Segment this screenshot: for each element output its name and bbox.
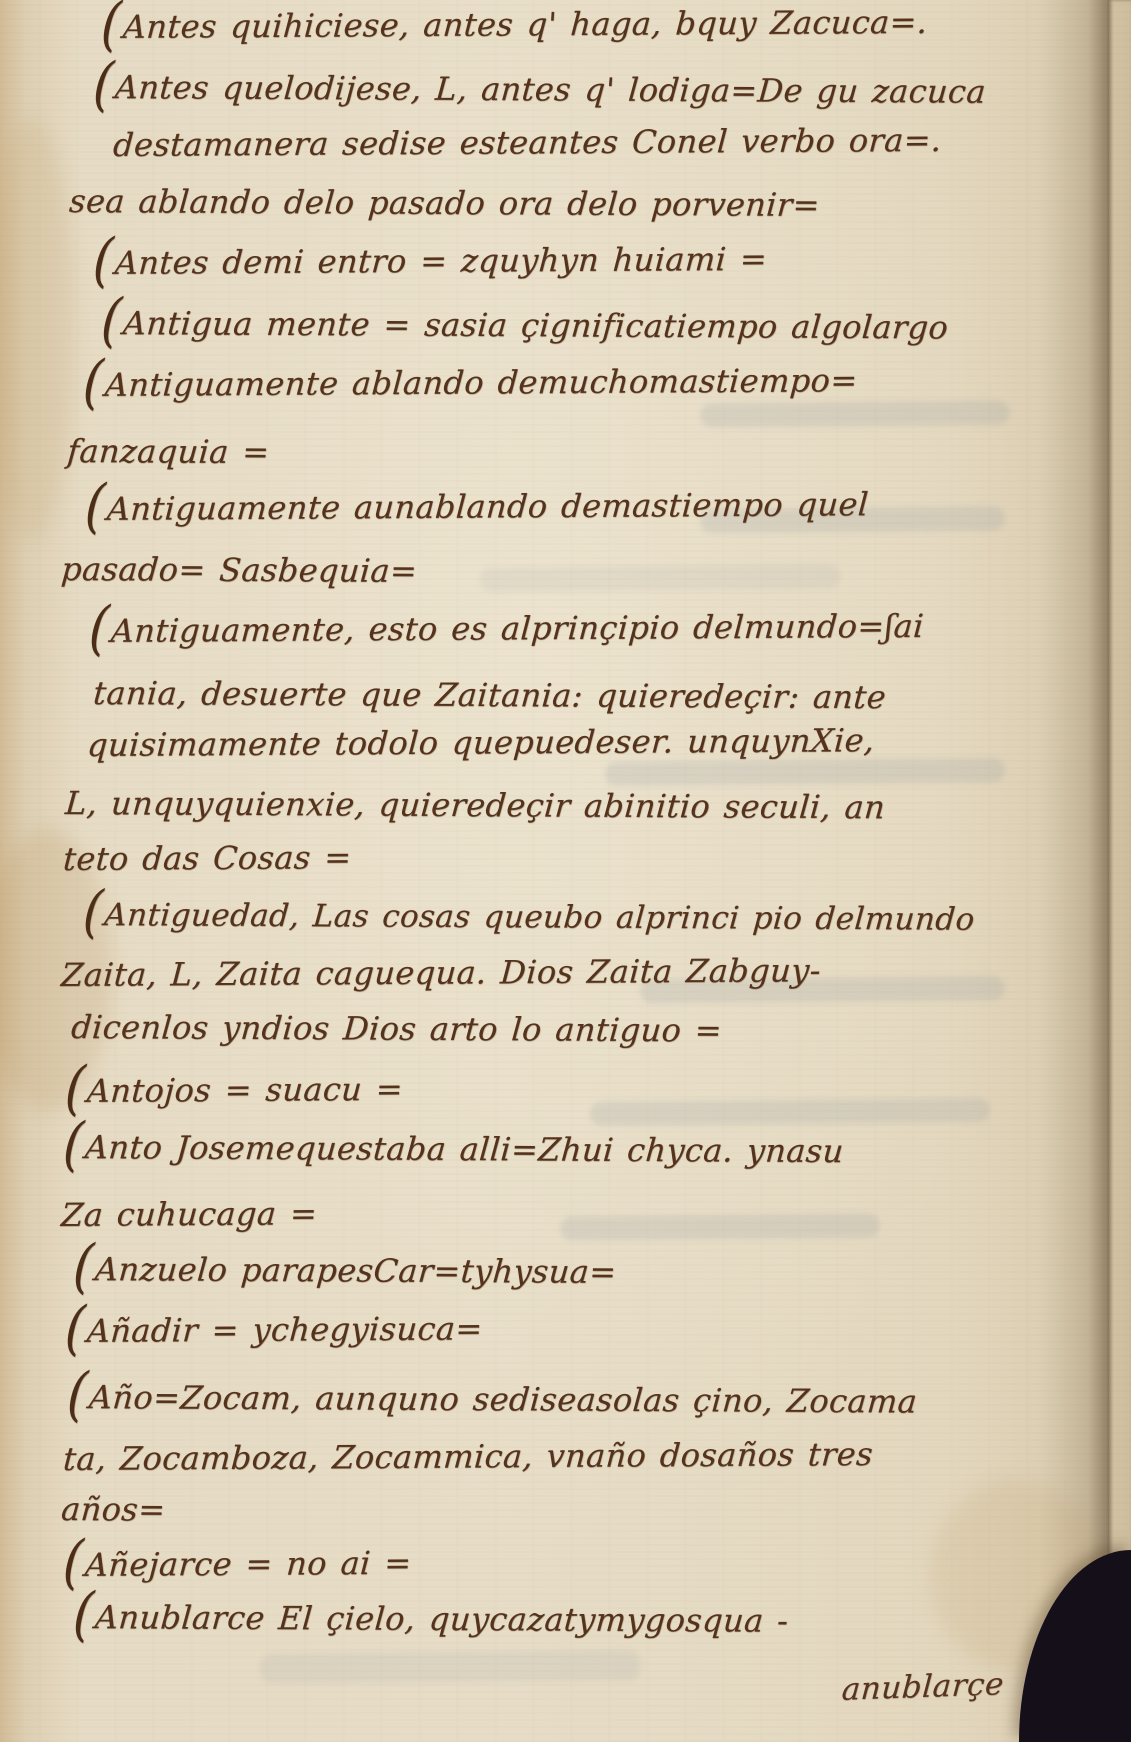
- line-text: Antes demi entro = zquyhyn huiami =: [114, 240, 769, 282]
- line-text: Anto Josemequestaba alli=Zhui chyca. yna…: [84, 1128, 845, 1170]
- line-text: Año=Zocam, aunquno sediseasolas çino, Zo…: [88, 1378, 919, 1420]
- manuscript-line: (Anzuelo parapesCar=tyhysua=: [72, 1252, 618, 1290]
- catchword: anublarçe: [841, 1669, 1005, 1706]
- manuscript-line: Za cuhucaga =: [60, 1196, 318, 1233]
- manuscript-line: (Añejarce = no ai =: [62, 1546, 413, 1583]
- manuscript-line: (Antigua mente = sasia çignificatiempo a…: [100, 306, 950, 346]
- manuscript-line: (Antiguamente ablando demuchomastiempo=: [82, 363, 859, 403]
- line-text: Antes quihiciese, antes q' haga, bquy Za…: [122, 3, 929, 46]
- manuscript-line: (Antiguamente aunablando demastiempo que…: [84, 487, 870, 527]
- manuscript-line: teto das Cosas =: [62, 840, 353, 877]
- line-text: Antiguedad, Las cosas queubo alprinci pi…: [103, 897, 976, 938]
- manuscript-line: (Anto Josemequestaba alli=Zhui chyca. yn…: [62, 1130, 845, 1169]
- line-text: Antiguamente ablando demuchomastiempo=: [104, 361, 859, 404]
- line-text: ta, Zocamboza, Zocammica, vnaño dosaños …: [62, 1435, 874, 1478]
- manuscript-line: sea ablando delo pasado ora delo porveni…: [68, 184, 821, 223]
- manuscript-line: tania, desuerte que Zaitania: quieredeçi…: [92, 676, 887, 715]
- line-text: L, unquyquienxie, quieredeçir abinitio s…: [64, 784, 887, 826]
- manuscript-line: pasado= Sasbequia=: [60, 552, 419, 589]
- manuscript-line: (Año=Zocam, aunquno sediseasolas çino, Z…: [66, 1380, 919, 1420]
- gutter-crease-shadow: [1039, 0, 1109, 1742]
- line-text: destamanera sedise esteantes Conel verbo…: [112, 121, 943, 164]
- manuscript-line: L, unquyquienxie, quieredeçir abinitio s…: [64, 786, 886, 825]
- line-text: Antiguamente, esto es alprinçipio delmun…: [110, 607, 925, 650]
- line-text: quisimamente todolo quepuedeser. unquynX…: [86, 721, 876, 764]
- manuscript-line: fanzaquia =: [66, 434, 271, 470]
- line-text: dicenlos yndios Dios arto lo antiguo =: [70, 1008, 724, 1049]
- manuscript-line: Zaita, L, Zaita caguequa. Dios Zaita Zab…: [60, 953, 822, 993]
- line-text: Anzuelo parapesCar=tyhysua=: [94, 1250, 618, 1291]
- manuscript-line: quisimamente todolo quepuedeser. unquynX…: [86, 723, 876, 763]
- manuscript-line: (Antes demi entro = zquyhyn huiami =: [92, 242, 768, 281]
- manuscript-line: (Antes quihiciese, antes q' haga, bquy Z…: [100, 5, 929, 45]
- line-text: Antes quelodijese, L, antes q' lodiga=De…: [114, 68, 988, 111]
- line-text: Zaita, L, Zaita caguequa. Dios Zaita Zab…: [60, 951, 822, 994]
- manuscript-line: (Añadir = ychegyisuca=: [64, 1311, 484, 1349]
- line-text: fanzaquia =: [66, 432, 271, 471]
- manuscript-photo: (Antes quihiciese, antes q' haga, bquy Z…: [0, 0, 1131, 1742]
- manuscript-line: (Anublarce El çielo, quycazatymygosqua -: [72, 1600, 790, 1639]
- line-text: tania, desuerte que Zaitania: quieredeçi…: [92, 674, 888, 716]
- line-text: años=: [60, 1490, 167, 1529]
- manuscript-line: dicenlos yndios Dios arto lo antiguo =: [70, 1010, 723, 1049]
- manuscript-line: (Antiguedad, Las cosas queubo alprinci p…: [82, 898, 976, 937]
- line-text: Antigua mente = sasia çignificatiempo al…: [122, 304, 950, 346]
- line-text: Antiguamente aunablando demastiempo quel: [106, 485, 870, 528]
- line-text: sea ablando delo pasado ora delo porveni…: [68, 182, 821, 224]
- manuscript-line: (Antiguamente, esto es alprinçipio delmu…: [88, 609, 925, 649]
- manuscript-line: años=: [60, 1492, 167, 1528]
- line-text: Antojos = suacu =: [86, 1070, 405, 1110]
- line-text: Za cuhucaga =: [60, 1194, 319, 1234]
- line-text: Añadir = ychegyisuca=: [86, 1309, 484, 1349]
- line-text: Añejarce = no ai =: [84, 1544, 413, 1584]
- handwritten-text: (Antes quihiciese, antes q' haga, bquy Z…: [0, 0, 1131, 1742]
- line-text: teto das Cosas =: [62, 838, 353, 878]
- page-edge-sliver: [1109, 0, 1131, 1742]
- manuscript-line: (Antes quelodijese, L, antes q' lodiga=D…: [92, 70, 987, 110]
- line-text: Anublarce El çielo, quycazatymygosqua -: [94, 1598, 790, 1640]
- manuscript-line: (Antojos = suacu =: [64, 1072, 404, 1109]
- line-text: pasado= Sasbequia=: [60, 550, 419, 590]
- manuscript-line: destamanera sedise esteantes Conel verbo…: [112, 123, 943, 163]
- manuscript-line: ta, Zocamboza, Zocammica, vnaño dosaños …: [62, 1437, 874, 1477]
